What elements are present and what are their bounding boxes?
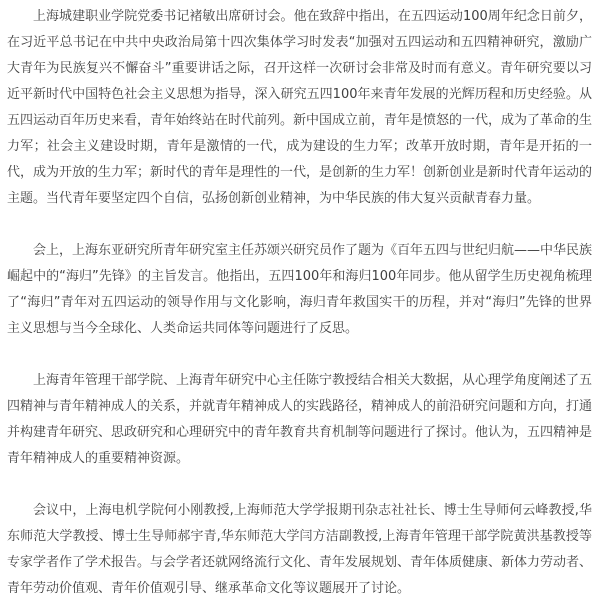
paragraph-opening-remarks: 上海城建职业学院党委书记褚敏出席研讨会。他在致辞中指出，在五四运动100周年纪念… (7, 4, 592, 212)
paragraph-expert-reports: 会议中，上海电机学院何小刚教授,上海师范大学学报期刊杂志社社长、博士生导师何云峰… (7, 498, 592, 598)
paragraph-chen-ning-report: 上海青年管理干部学院、上海青年研究中心主任陈宁教授结合相关大数据，从心理学角度阐… (7, 368, 592, 472)
paragraph-keynote-speech: 会上，上海东亚研究所青年研究室主任苏颂兴研究员作了题为《百年五四与世纪归航——中… (7, 238, 592, 342)
article-body: 上海城建职业学院党委书记褚敏出席研讨会。他在致辞中指出，在五四运动100周年纪念… (7, 4, 592, 598)
